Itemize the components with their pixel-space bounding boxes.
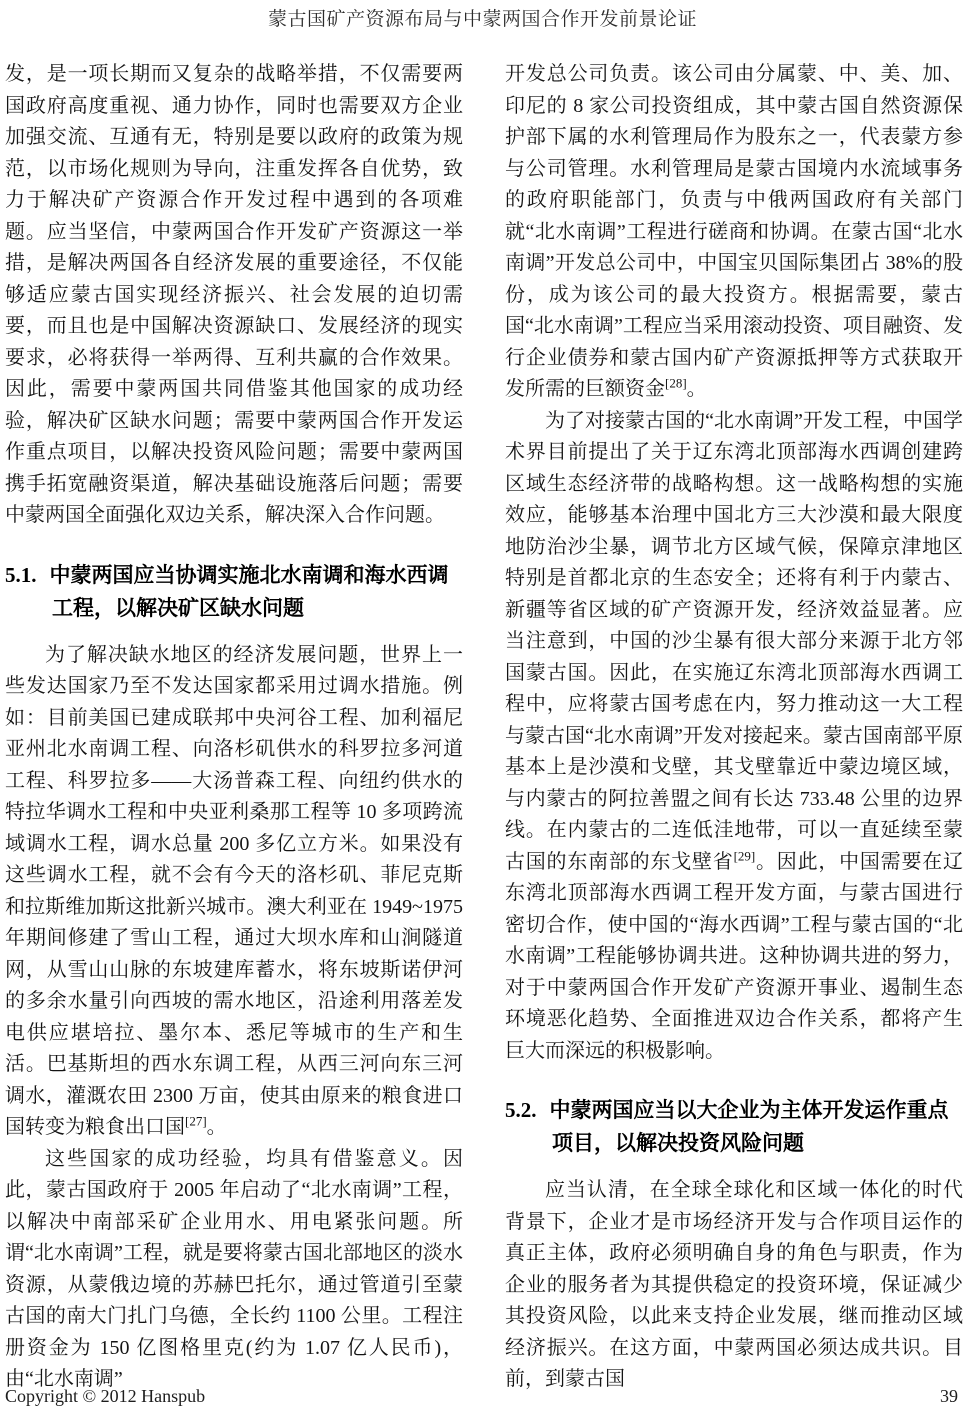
footer-page-number: 39 <box>940 1386 958 1407</box>
section-heading-5-2: 5.2.中蒙两国应当以大企业为主体开发运作重点项目，以解决投资风险问题 <box>505 1094 963 1160</box>
citation-ref-27: [27] <box>185 1113 207 1128</box>
page-footer: Copyright © 2012 Hanspub 39 <box>5 1386 958 1407</box>
section-title: 中蒙两国应当以大企业为主体开发运作重点项目，以解决投资风险问题 <box>550 1099 949 1155</box>
page-body: 发，是一项长期而又复杂的战略举措，不仅需要两国政府高度重视、通力协作，同时也需要… <box>0 59 965 1396</box>
paragraph-text: 为了对接蒙古国的“北水南调”开发工程，中国学术界目前提出了关于辽东湾北顶部海水西… <box>505 410 963 873</box>
paragraph-text-tail: 。 <box>687 378 707 400</box>
paragraph-mongolia-water-project: 这些国家的成功经验，均具有借鉴意义。因此，蒙古国政府于 2005 年启动了“北水… <box>5 1144 463 1396</box>
paragraph-water-diversion-examples: 为了解决缺水地区的经济发展问题，世界上一些发达国家乃至不发达国家都采用过调水措施… <box>5 640 463 1144</box>
paragraph-enterprise-led-development: 应当认清，在全球全球化和区域一体化的时代背景下，企业才是市场经济开发与合作项目运… <box>505 1175 963 1396</box>
right-column: 开发总公司负责。该公司由分属蒙、中、美、加、印尼的 8 家公司投资组成，其中蒙古… <box>505 59 963 1396</box>
section-number: 5.1. <box>5 563 37 587</box>
section-title: 中蒙两国应当协调实施北水南调和海水西调工程，以解决矿区缺水问题 <box>50 564 449 620</box>
section-number: 5.2. <box>505 1098 537 1122</box>
paragraph-text: 为了解决缺水地区的经济发展问题，世界上一些发达国家乃至不发达国家都采用过调水措施… <box>5 644 463 1139</box>
paragraph-cooperation-overview: 发，是一项长期而又复杂的战略举措，不仅需要两国政府高度重视、通力协作，同时也需要… <box>5 59 463 532</box>
paragraph-text-tail: 。 <box>207 1116 227 1138</box>
running-head-title: 蒙古国矿产资源布局与中蒙两国合作开发前景论证 <box>0 0 965 31</box>
paragraph-text-continued: 。因此，中国需要在辽东湾北顶部海水西调工程开发方面，与蒙古国进行密切合作，使中国… <box>505 851 963 1062</box>
paragraph-text: 开发总公司负责。该公司由分属蒙、中、美、加、印尼的 8 家公司投资组成，其中蒙古… <box>505 63 963 400</box>
paragraph-text: 这些国家的成功经验，均具有借鉴意义。因此，蒙古国政府于 2005 年启动了“北水… <box>5 1148 463 1391</box>
paper-page: 蒙古国矿产资源布局与中蒙两国合作开发前景论证 发，是一项长期而又复杂的战略举措，… <box>0 0 965 1414</box>
left-column: 发，是一项长期而又复杂的战略举措，不仅需要两国政府高度重视、通力协作，同时也需要… <box>5 59 463 1396</box>
section-heading-5-1: 5.1.中蒙两国应当协调实施北水南调和海水西调工程，以解决矿区缺水问题 <box>5 559 463 625</box>
paragraph-seawater-diversion: 为了对接蒙古国的“北水南调”开发工程，中国学术界目前提出了关于辽东湾北顶部海水西… <box>505 406 963 1068</box>
citation-ref-29: [29] <box>734 848 756 863</box>
paragraph-text: 发，是一项长期而又复杂的战略举措，不仅需要两国政府高度重视、通力协作，同时也需要… <box>5 63 463 526</box>
paragraph-development-company: 开发总公司负责。该公司由分属蒙、中、美、加、印尼的 8 家公司投资组成，其中蒙古… <box>505 59 963 406</box>
paragraph-text: 应当认清，在全球全球化和区域一体化的时代背景下，企业才是市场经济开发与合作项目运… <box>505 1179 963 1390</box>
citation-ref-28: [28] <box>665 375 687 390</box>
footer-copyright: Copyright © 2012 Hanspub <box>5 1386 205 1407</box>
